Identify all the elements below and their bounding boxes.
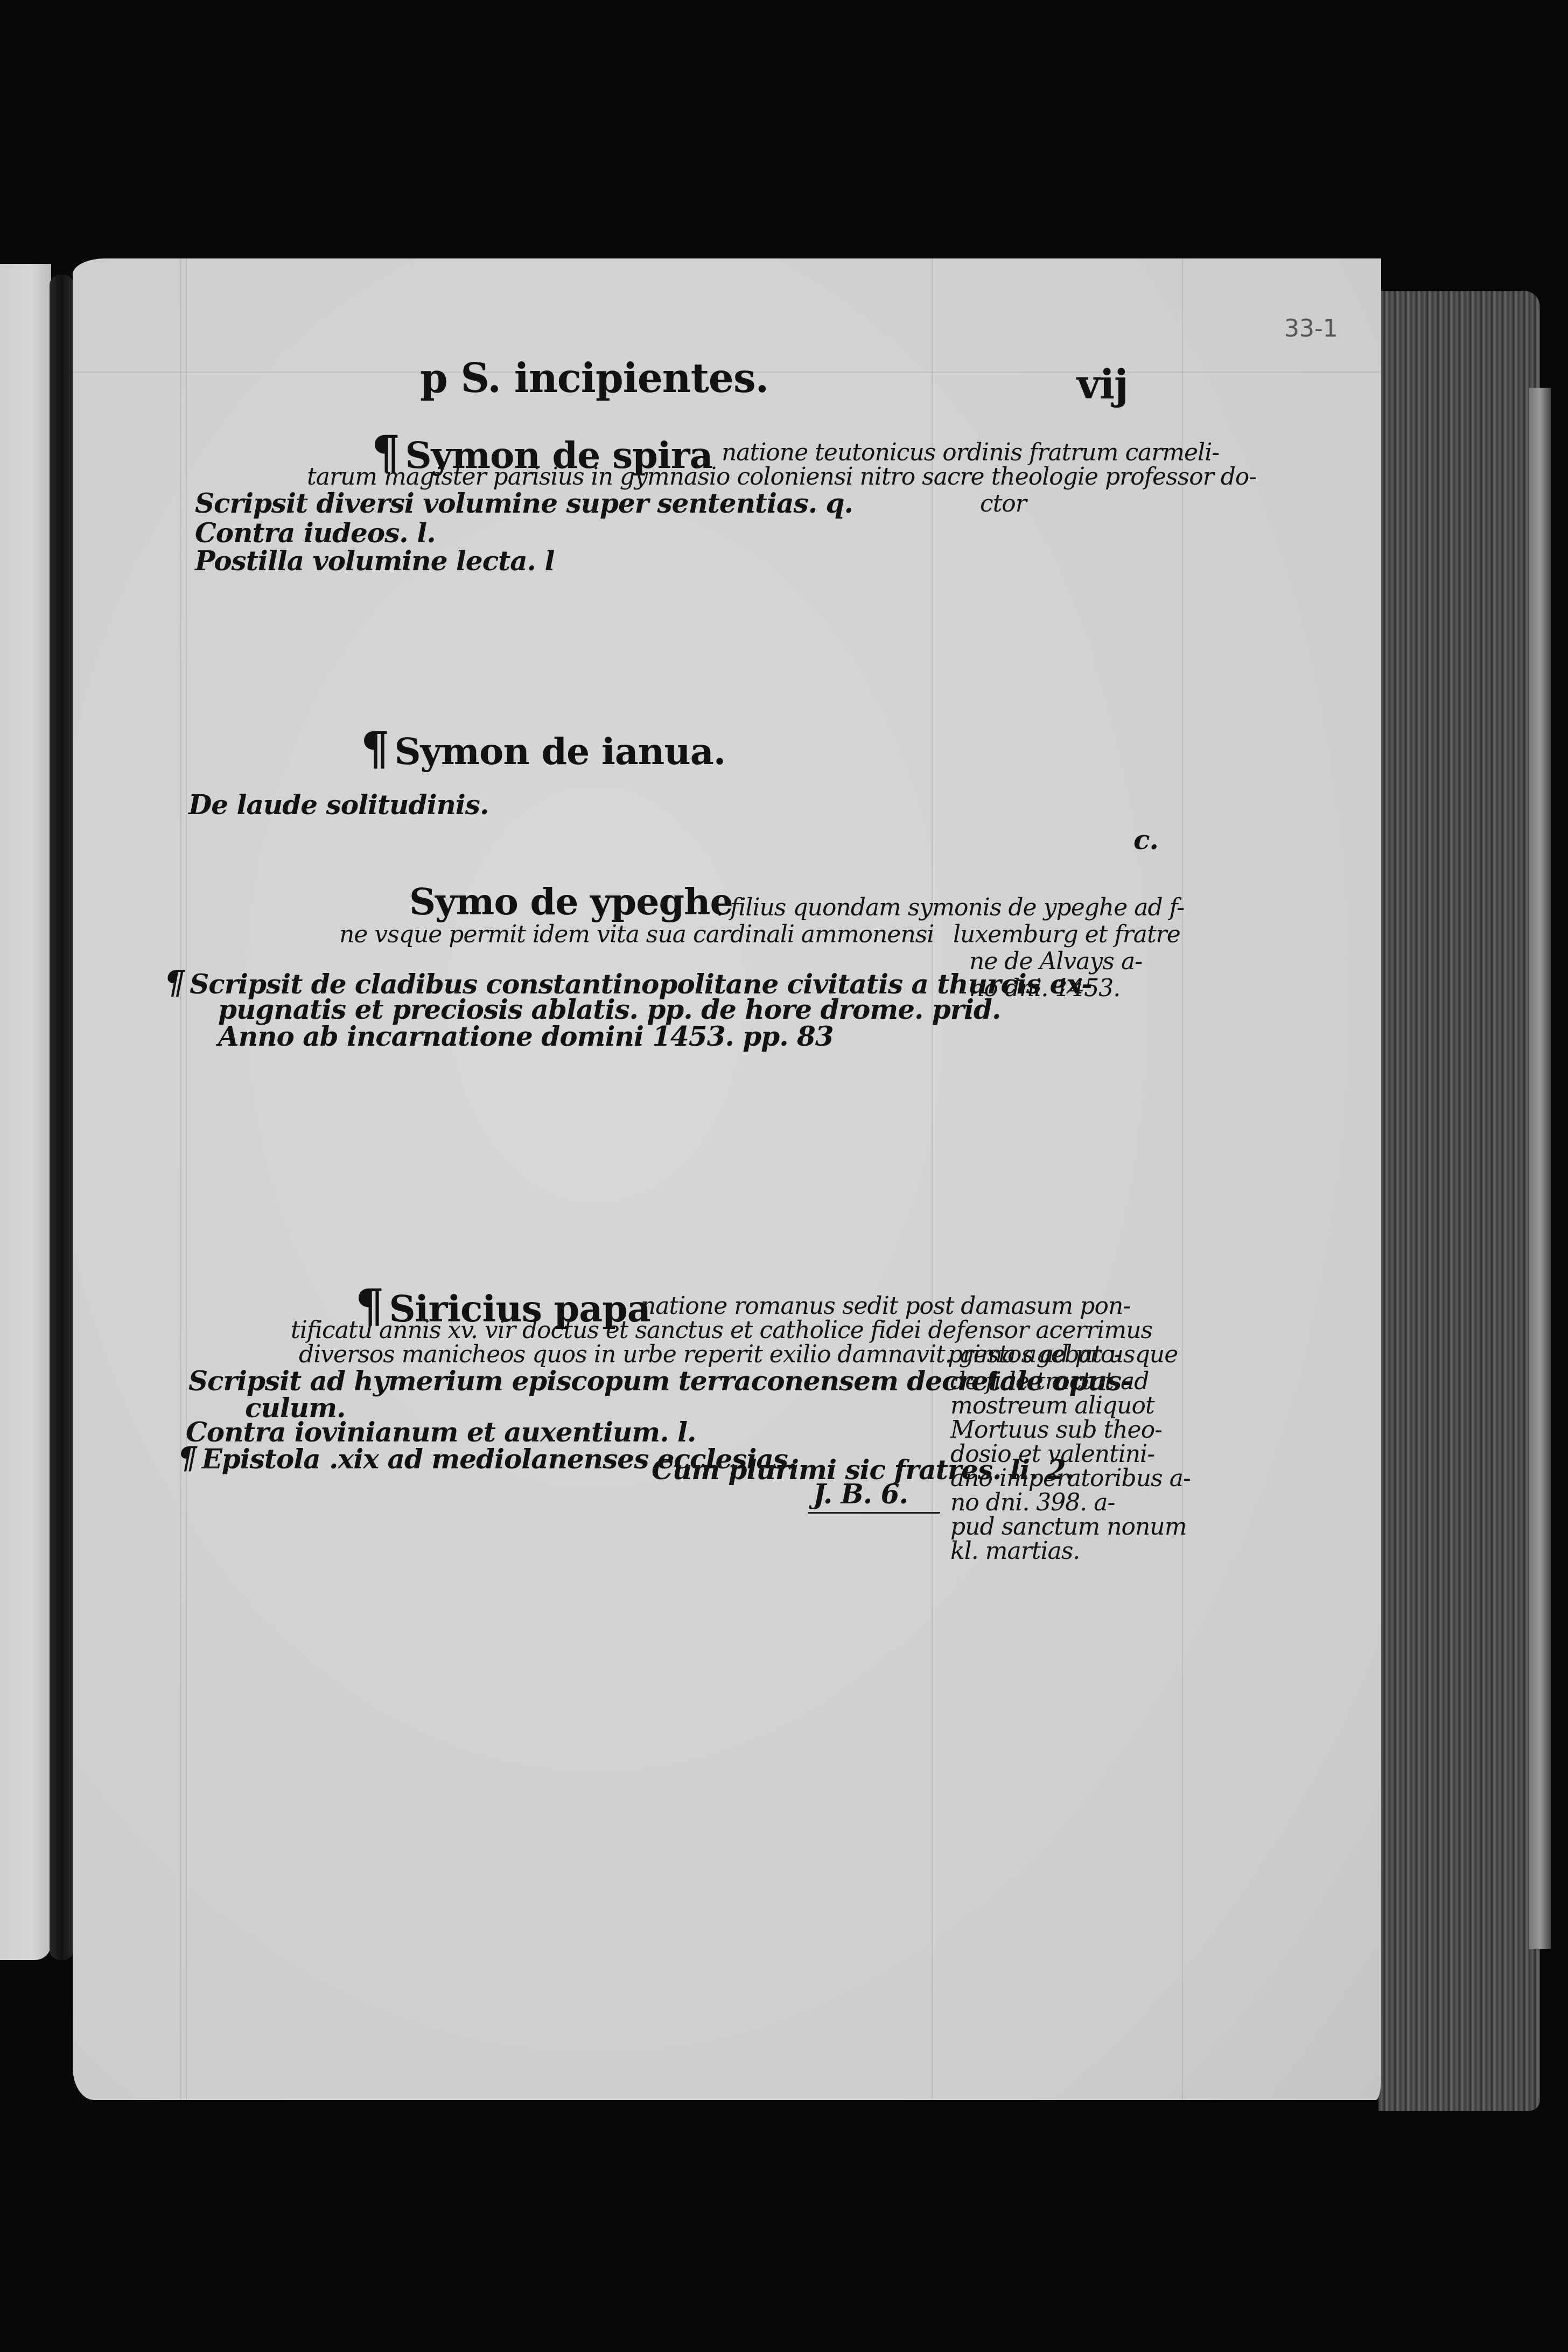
pilcrow-icon: ¶ bbox=[164, 964, 184, 1002]
margin-note-line: prima agebat usque bbox=[948, 1341, 1178, 1368]
work-line: Scripsit diversi volumine super sententi… bbox=[195, 487, 853, 519]
margin-note-line: no dni. 398. a- bbox=[950, 1489, 1115, 1516]
entry-gloss-line: . filius quondam symonis de ypeghe ad f- bbox=[716, 894, 1184, 921]
ruling-line bbox=[1182, 258, 1183, 2100]
marginal-letter: c. bbox=[1133, 824, 1158, 856]
running-head-left: p S. incipientes. bbox=[420, 355, 768, 402]
entry-heading: ¶Symon de ianua. bbox=[361, 722, 725, 775]
entry-gloss-line: tarum magister parisius in gymnasio colo… bbox=[307, 463, 1256, 491]
folio-number: 33-1 bbox=[1284, 315, 1338, 342]
margin-note-line: dosio et valentini- bbox=[950, 1440, 1154, 1468]
entry-heading: Symo de ypeghe bbox=[409, 880, 733, 923]
work-line: De laude solitudinis. bbox=[188, 789, 488, 821]
entry-gloss-line: ne vsque permit idem vita sua cardinali … bbox=[339, 921, 934, 948]
entry-gloss-line: natione teutonicus ordinis fratrum carme… bbox=[722, 439, 1219, 466]
margin-note-line: Mortuus sub theo- bbox=[950, 1416, 1162, 1444]
book-page-block bbox=[1378, 291, 1540, 2111]
book-gutter bbox=[50, 275, 74, 1960]
ruling-line bbox=[186, 258, 187, 2100]
margin-note-line: ano imperatoribus a- bbox=[950, 1465, 1191, 1492]
work-line: Anno ab incarnatione domini 1453. pp. 83 bbox=[218, 1020, 834, 1052]
work-line: Postilla volumine lecta. l bbox=[195, 545, 554, 577]
pilcrow-icon: ¶ bbox=[361, 722, 389, 775]
facing-page-edge bbox=[0, 264, 51, 1960]
work-line: Contra iudeos. l. bbox=[195, 517, 436, 549]
entry-gloss-line: tificatu annis xv. vir doctus et sanctus… bbox=[291, 1317, 1152, 1344]
margin-note-line: pud sanctum nonum bbox=[950, 1513, 1186, 1541]
shelfmark: J. B. 6. bbox=[808, 1478, 940, 1514]
running-head-right: vij bbox=[1077, 362, 1128, 408]
book-fore-edge bbox=[1529, 388, 1551, 1949]
margin-note-line: de fide tractat ad bbox=[950, 1368, 1149, 1395]
ruling-line bbox=[932, 258, 933, 2100]
margin-note-line: luxemburg et fratre bbox=[953, 921, 1180, 948]
entry-gloss-line: ctor bbox=[980, 490, 1026, 517]
margin-note-line: kl. martias. bbox=[950, 1537, 1080, 1565]
pilcrow-icon: ¶ bbox=[178, 1440, 197, 1476]
entry-gloss-line: natione romanus sedit post damasum pon- bbox=[641, 1292, 1130, 1320]
margin-note-line: mostreum aliquot bbox=[950, 1392, 1154, 1419]
